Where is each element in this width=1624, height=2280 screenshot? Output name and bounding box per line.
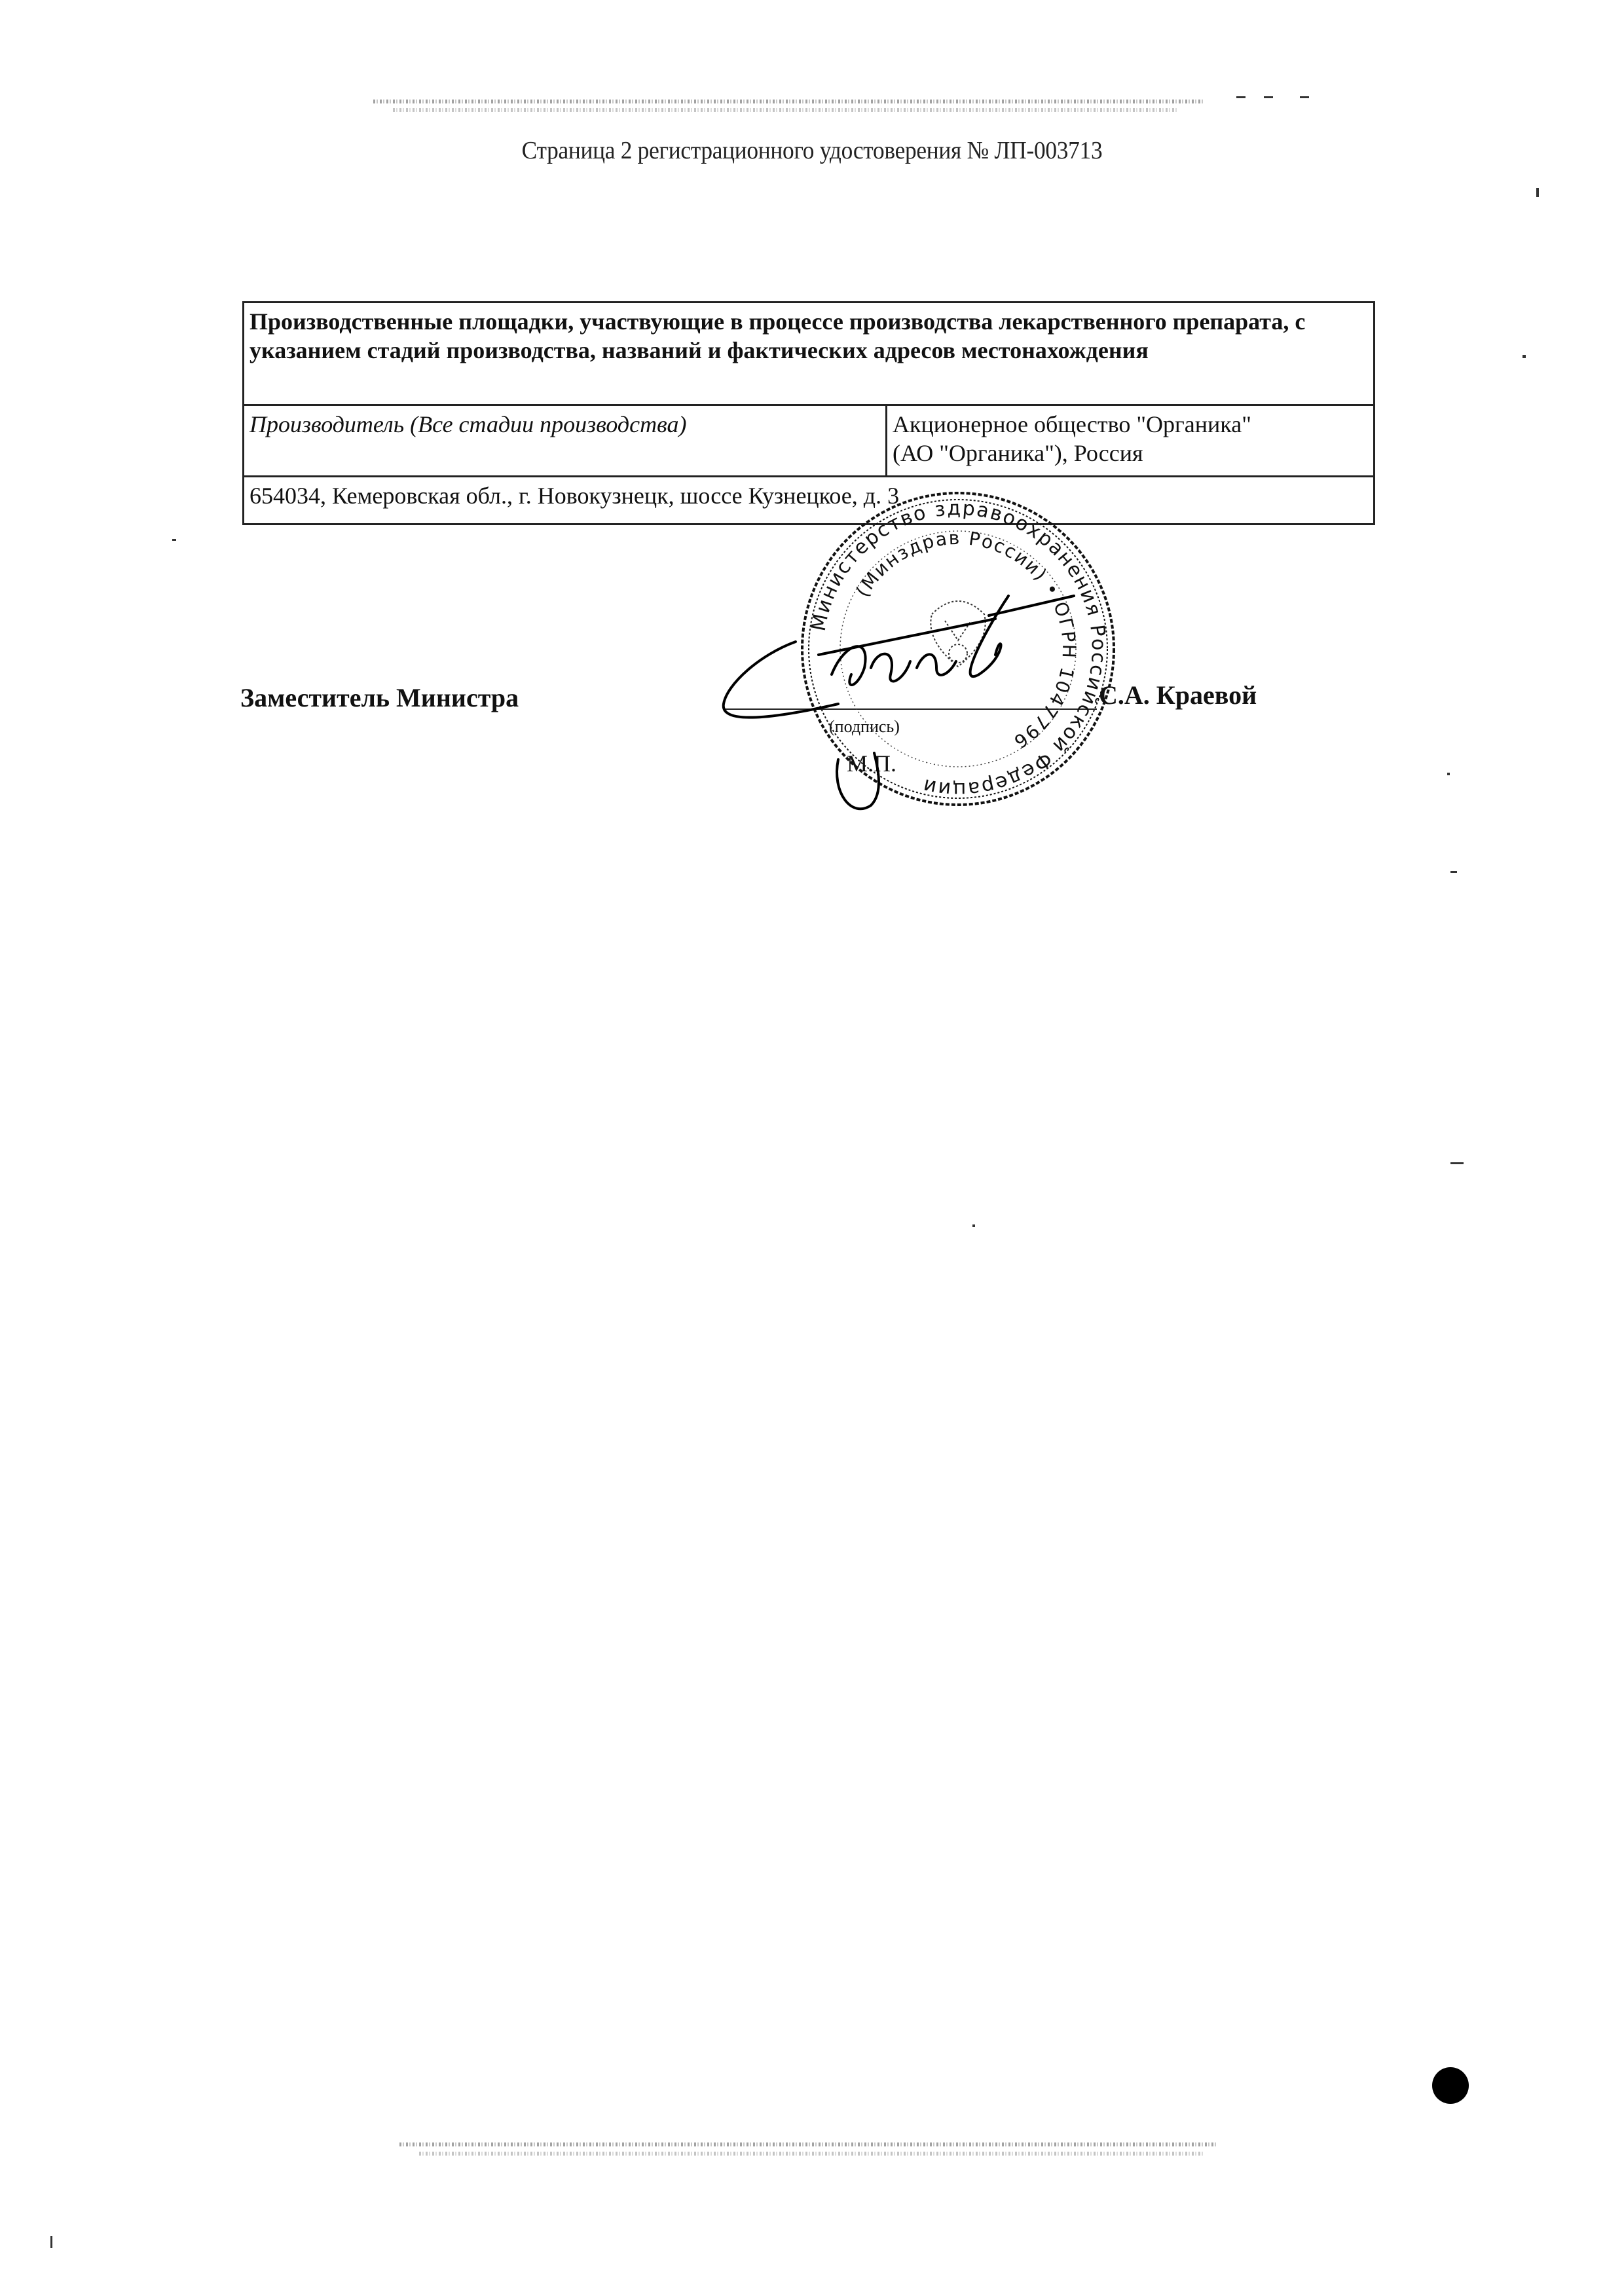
scan-speck: [1264, 96, 1273, 98]
manufacturer-organization: Акционерное общество "Органика" (АО "Орг…: [887, 405, 1375, 477]
scan-speck: [1536, 188, 1539, 197]
manufacturer-role: Производитель (Все стадии производства): [244, 405, 887, 477]
scan-noise-top-2: [393, 108, 1179, 112]
organization-short-name: (АО "Органика"), Россия: [893, 439, 1368, 468]
handwritten-signature-icon: [720, 576, 1087, 825]
scan-speck: [1450, 871, 1457, 873]
table-header: Производственные площадки, участвующие в…: [244, 303, 1375, 405]
scan-speck: [1236, 96, 1246, 98]
scan-speck: [972, 1224, 975, 1227]
scan-speck: [1447, 773, 1450, 775]
scan-speck: [50, 2236, 52, 2248]
signatory-name: С.А. Краевой: [1099, 680, 1257, 710]
scan-noise-top: [373, 100, 1205, 103]
scan-noise-bottom-2: [419, 2152, 1205, 2156]
scan-artifact-blot: [1432, 2067, 1469, 2104]
organization-name: Акционерное общество "Органика": [893, 410, 1368, 439]
scan-noise-bottom: [399, 2142, 1218, 2146]
page-title: Страница 2 регистрационного удостоверени…: [57, 136, 1567, 165]
signatory-title: Заместитель Министра: [240, 682, 519, 713]
scan-speck: [172, 539, 176, 541]
scan-speck: [1450, 1162, 1464, 1164]
scan-speck: [1522, 355, 1526, 358]
table-row: Производитель (Все стадии производства) …: [244, 405, 1375, 477]
scan-speck: [1300, 96, 1309, 98]
